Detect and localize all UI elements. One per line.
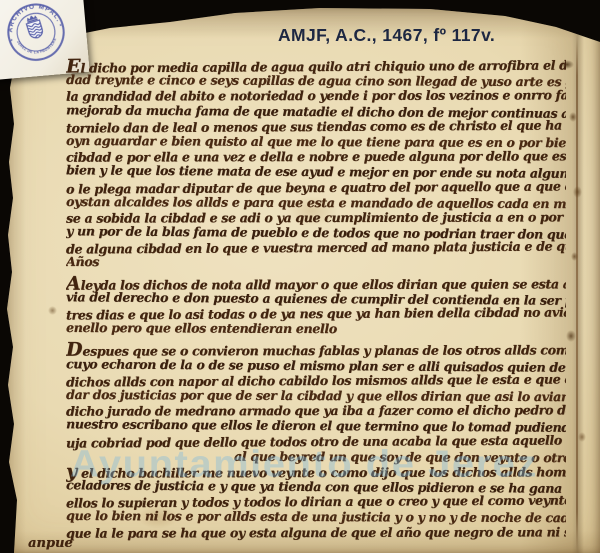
manuscript-catchword: anpue: [28, 536, 73, 551]
manuscript-line: Despues que se o convieron muchas fablas…: [66, 342, 566, 358]
archive-reference-caption: AMJF, A.C., 1467, fº 117v.: [278, 25, 495, 46]
ink-spot: [571, 252, 578, 261]
manuscript-line: que lo bien ni los e por allds esta de u…: [66, 508, 566, 525]
manuscript-line: que la le para se ha que oy esta alguna …: [66, 524, 566, 540]
ink-spot: [569, 112, 577, 122]
ink-spot: [566, 330, 576, 342]
archive-watermark: Ayuntamiento de Jerez: [70, 443, 538, 486]
stamp-star-left: ✶: [9, 37, 14, 43]
ink-spot: [578, 432, 586, 442]
manuscript-line: enello pero que ellos entendieran enello: [66, 320, 566, 337]
manuscript-line: la grandidad del abito e notoriedad o ye…: [66, 88, 566, 104]
manuscript-line: oystan alcaldes los allds e para que est…: [66, 194, 566, 211]
manuscript-line: Años: [66, 254, 566, 271]
ink-spot: [573, 186, 582, 198]
manuscript-photo: El dicho por media capilla de agua quilo…: [0, 0, 600, 553]
gutter-crease: [576, 34, 578, 553]
